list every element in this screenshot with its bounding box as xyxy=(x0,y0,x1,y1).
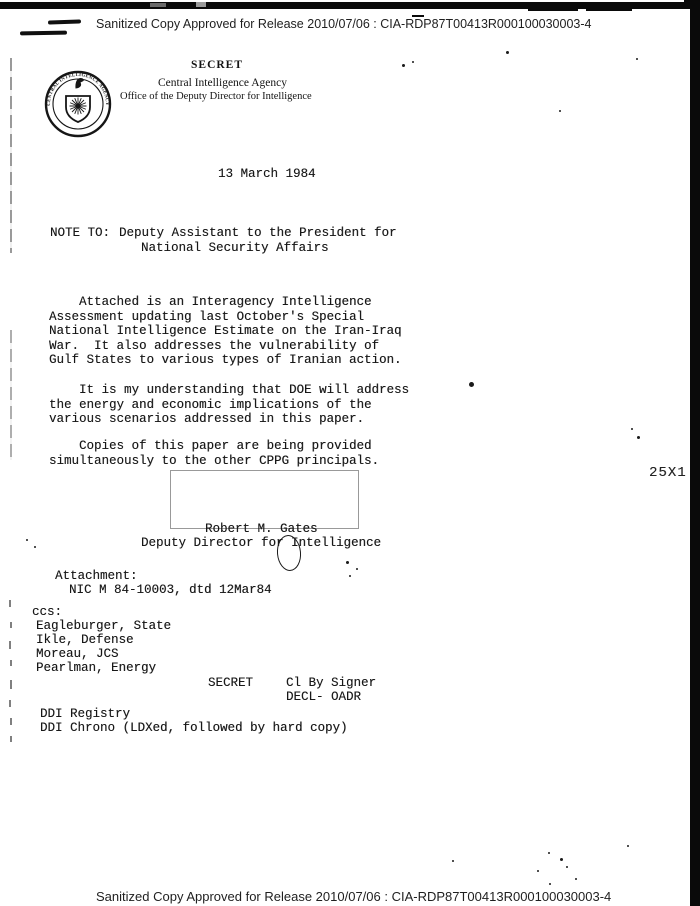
margin-classification-code: 25X1 xyxy=(649,466,687,481)
scan-speck xyxy=(26,539,28,541)
release-stamp-footer: Sanitized Copy Approved for Release 2010… xyxy=(96,889,611,904)
scan-artifact-tick xyxy=(9,700,11,707)
scan-speck xyxy=(627,845,629,847)
scan-artifact-tick xyxy=(10,680,12,689)
redaction-box xyxy=(170,470,359,529)
scan-speck xyxy=(559,110,561,112)
scan-artifact-dash xyxy=(528,8,578,11)
office-name: Office of the Deputy Director for Intell… xyxy=(120,91,312,102)
pen-mark-dash xyxy=(20,31,67,35)
body-line: Attached is an Interagency Intelligence xyxy=(49,295,402,310)
release-stamp-header: Sanitized Copy Approved for Release 2010… xyxy=(96,17,591,31)
scan-artifact-tick xyxy=(10,622,12,628)
scan-speck xyxy=(537,870,539,872)
scan-artifact-right-bar-top xyxy=(684,0,700,9)
scan-artifact-left-line xyxy=(10,330,12,460)
scan-speck xyxy=(452,860,454,862)
scan-speck xyxy=(412,61,414,63)
scan-speck xyxy=(575,878,577,880)
cia-seal-icon: CENTRAL INTELLIGENCE AGENCY xyxy=(44,70,112,138)
body-line: National Intelligence Estimate on the Ir… xyxy=(49,324,402,339)
scan-speck xyxy=(560,858,563,861)
cc-name: Pearlman, Energy xyxy=(36,661,156,676)
cc-name: Ikle, Defense xyxy=(36,633,134,648)
distribution-line: DDI Chrono (LDXed, followed by hard copy… xyxy=(40,721,348,736)
agency-name: Central Intelligence Agency xyxy=(158,77,287,89)
scan-speck xyxy=(346,561,349,564)
scan-artifact-tick xyxy=(9,600,11,607)
attachment-label: Attachment: xyxy=(55,569,138,584)
scan-speck xyxy=(549,883,551,885)
body-line: the energy and economic implications of … xyxy=(49,398,409,413)
scan-speck xyxy=(356,568,358,570)
document-page: Sanitized Copy Approved for Release 2010… xyxy=(0,0,700,906)
scan-artifact-top-bar-smudge xyxy=(196,2,206,7)
body-paragraph-1: Attached is an Interagency Intelligence … xyxy=(49,295,402,368)
note-to-line2: National Security Affairs xyxy=(141,241,329,256)
scan-speck xyxy=(566,866,568,868)
scan-speck xyxy=(548,852,550,854)
cc-name: Moreau, JCS xyxy=(36,647,119,662)
scan-speck xyxy=(469,382,474,387)
scan-artifact-tick xyxy=(9,641,11,649)
declassification-line: DECL- OADR xyxy=(286,690,361,705)
body-line: Copies of this paper are being provided xyxy=(49,439,379,454)
signature-name: Robert M. Gates xyxy=(205,522,318,537)
scan-artifact-tick xyxy=(10,660,12,666)
scan-speck xyxy=(636,58,638,60)
body-paragraph-3: Copies of this paper are being provided … xyxy=(49,439,379,468)
body-line: War. It also addresses the vulnerability… xyxy=(49,339,402,354)
cc-label: ccs: xyxy=(32,605,62,620)
body-line: It is my understanding that DOE will add… xyxy=(49,383,409,398)
body-line: Gulf States to various types of Iranian … xyxy=(49,353,402,368)
note-to-line1: Deputy Assistant to the President for xyxy=(119,226,397,241)
body-line: various scenarios addressed in this pape… xyxy=(49,412,409,427)
scan-artifact-tick xyxy=(10,736,12,742)
scan-artifact-dash xyxy=(586,8,632,11)
cc-name: Eagleburger, State xyxy=(36,619,171,634)
scan-speck xyxy=(637,436,640,439)
classified-by-line: Cl By Signer xyxy=(286,676,376,691)
scan-speck xyxy=(34,546,36,548)
scan-artifact-right-bar xyxy=(690,0,700,906)
classification-footer: SECRET xyxy=(208,676,253,691)
scan-speck xyxy=(631,428,633,430)
scan-speck xyxy=(506,51,509,54)
note-to-label: NOTE TO: xyxy=(50,226,110,241)
body-line: simultaneously to the other CPPG princip… xyxy=(49,454,379,469)
scan-artifact-tick xyxy=(10,718,12,725)
scan-artifact-left-line xyxy=(10,58,12,253)
seal-compass-star xyxy=(70,98,87,115)
pen-mark-dash xyxy=(48,19,81,24)
body-paragraph-2: It is my understanding that DOE will add… xyxy=(49,383,409,427)
scan-artifact-top-bar-smudge xyxy=(150,3,166,7)
signature-title: Deputy Director for Intelligence xyxy=(141,536,381,551)
memo-date: 13 March 1984 xyxy=(218,167,316,182)
distribution-line: DDI Registry xyxy=(40,707,130,722)
attachment-value: NIC M 84-10003, dtd 12Mar84 xyxy=(69,583,272,598)
scan-speck xyxy=(402,64,405,67)
scan-speck xyxy=(349,575,351,577)
body-line: Assessment updating last October's Speci… xyxy=(49,310,402,325)
classification-header: SECRET xyxy=(191,59,243,71)
